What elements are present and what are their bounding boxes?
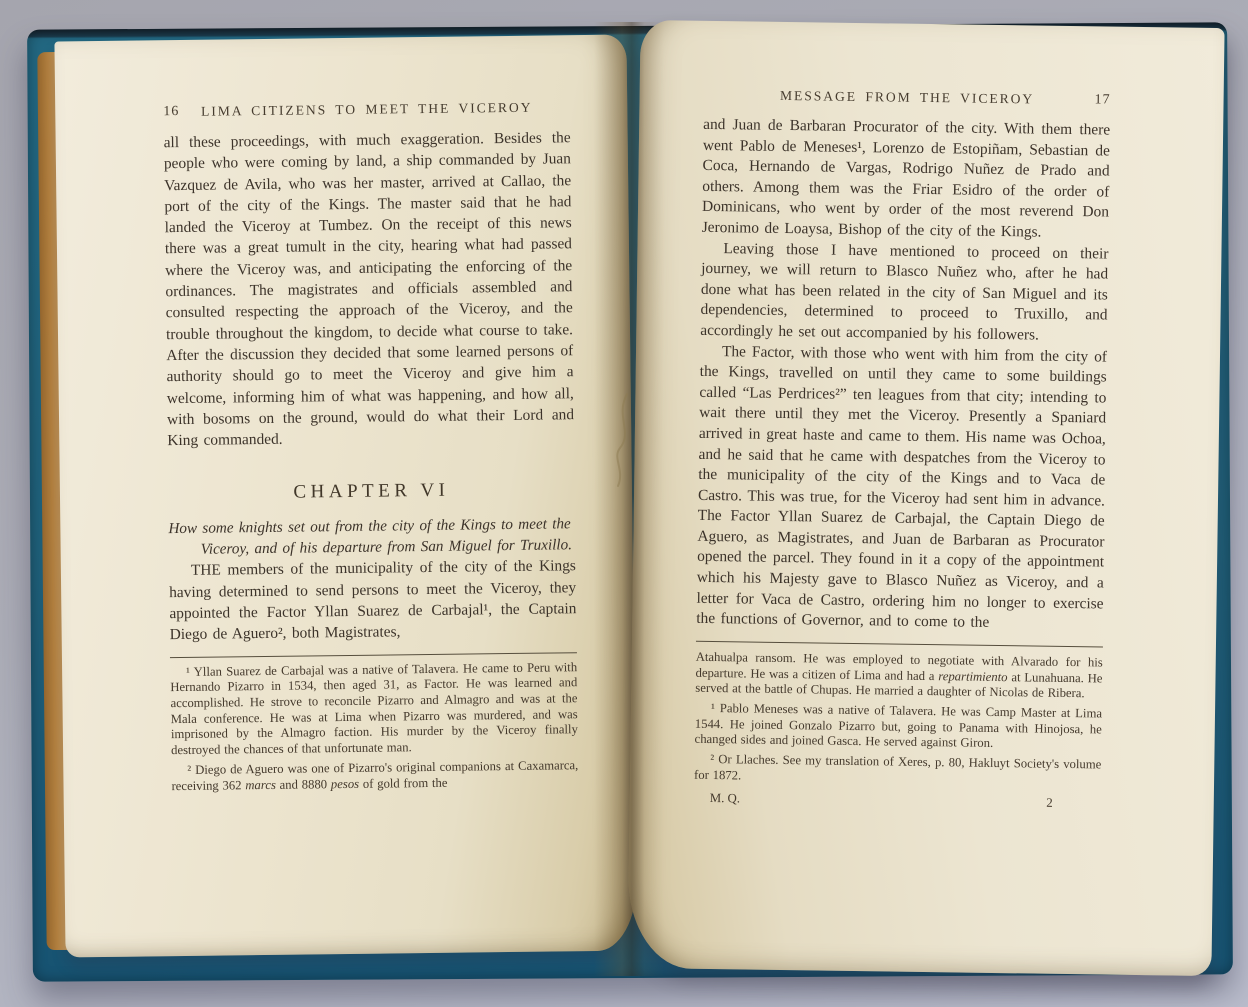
footnote: ² Diego de Aguero was one of Pizarro's o…: [171, 758, 578, 794]
right-running-head: MESSAGE FROM THE VICEROY: [703, 87, 1110, 109]
footnote-rule: [170, 652, 577, 658]
footnote: ¹ Yllan Suarez de Carbajal was a native …: [170, 660, 578, 759]
left-page: 16 LIMA CITIZENS TO MEET THE VICEROY all…: [54, 35, 637, 958]
body-paragraph: Leaving those I have mentioned to procee…: [700, 238, 1108, 347]
left-page-number: 16: [163, 104, 179, 120]
left-running-head: LIMA CITIZENS TO MEET THE VICEROY: [163, 99, 570, 120]
footnote-rule: [696, 641, 1103, 648]
right-page: MESSAGE FROM THE VICEROY 17 and Juan de …: [627, 20, 1224, 976]
right-page-header: MESSAGE FROM THE VICEROY 17: [703, 87, 1110, 111]
right-text-column: and Juan de Barbaran Procurator of the c…: [694, 115, 1111, 812]
right-page-number: 17: [1094, 92, 1110, 108]
book-photo-background: 16 LIMA CITIZENS TO MEET THE VICEROY all…: [0, 0, 1248, 1007]
body-paragraph: The Factor, with those who went with him…: [696, 341, 1107, 635]
open-book: 16 LIMA CITIZENS TO MEET THE VICEROY all…: [0, 0, 1248, 1007]
body-paragraph: THE members of the municipality of the c…: [169, 556, 577, 646]
signature-row: M. Q. 2: [694, 791, 1101, 812]
footnote-continuation: Atahualpa ransom. He was employed to neg…: [695, 650, 1103, 703]
footnote: ² Or Llaches. See my translation of Xere…: [694, 752, 1101, 789]
chapter-summary: How some knights set out from the city o…: [168, 514, 575, 561]
left-text-column: all these proceedings, with much exagger…: [164, 127, 579, 794]
footnote: ¹ Pablo Meneses was a native of Talavera…: [694, 701, 1102, 754]
gutter-pencil-mark: [606, 390, 636, 490]
body-paragraph: all these proceedings, with much exagger…: [164, 127, 575, 451]
chapter-heading: CHAPTER VI: [168, 479, 575, 506]
printer-signature: M. Q.: [710, 791, 740, 806]
body-paragraph: and Juan de Barbaran Procurator of the c…: [702, 115, 1111, 244]
left-page-header: 16 LIMA CITIZENS TO MEET THE VICEROY: [163, 99, 570, 122]
gathering-number: 2: [1046, 796, 1053, 811]
